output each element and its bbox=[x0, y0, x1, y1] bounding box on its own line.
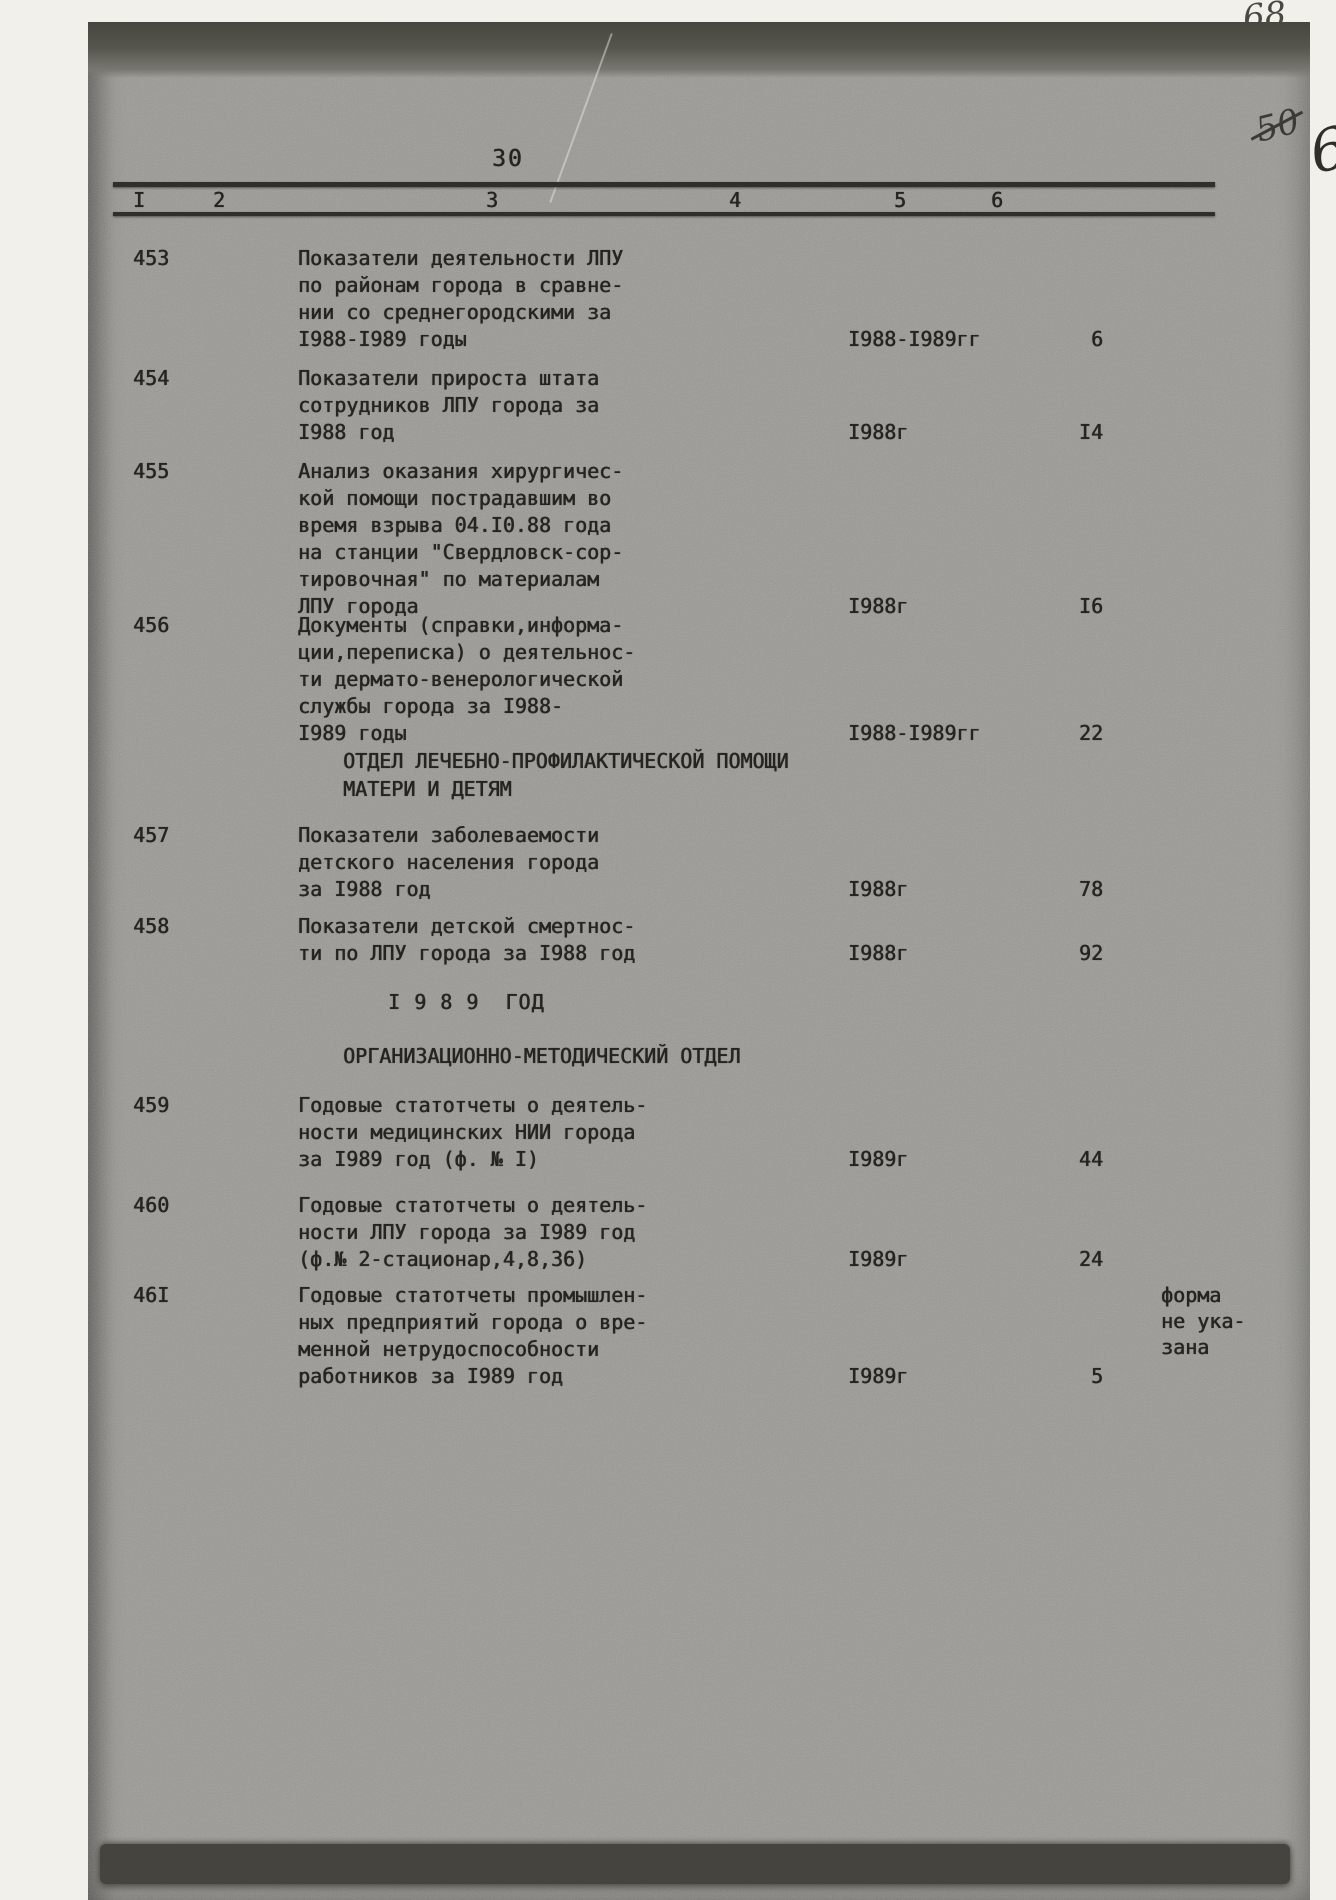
table-row: 454Показатели прироста штата сотрудников… bbox=[88, 365, 1310, 446]
table-row: 460Годовые статотчеты о деятель- ности Л… bbox=[88, 1192, 1310, 1273]
section-heading: ОРГАНИЗАЦИОННО-МЕТОДИЧЕСКИЙ ОТДЕЛ bbox=[88, 1042, 1310, 1070]
entry-number: 460 bbox=[133, 1192, 298, 1219]
entry-note: форма не ука- зана bbox=[1161, 1282, 1310, 1360]
entry-description: Показатели детской смертнос- ти по ЛПУ г… bbox=[298, 913, 848, 967]
entry-sheet-count: 44 bbox=[1076, 1146, 1161, 1173]
entry-sheet-count: 24 bbox=[1076, 1246, 1161, 1273]
entry-description: Показатели деятельности ЛПУ по районам г… bbox=[298, 245, 848, 353]
entry-number: 457 bbox=[133, 822, 298, 849]
column-header-2: 2 bbox=[213, 188, 225, 212]
entry-dates: I988-I989гг bbox=[848, 326, 1076, 353]
scan-top-shadow-band bbox=[88, 22, 1310, 78]
entry-number: 456 bbox=[133, 612, 298, 639]
entry-description: Годовые статотчеты промышлен- ных предпр… bbox=[298, 1282, 848, 1390]
screenshot: 68 50 67 30 I 2 3 4 5 6 453Показатели де… bbox=[0, 0, 1336, 1900]
entry-number: 455 bbox=[133, 458, 298, 485]
page-number: 30 bbox=[492, 146, 524, 172]
column-header-3: 3 bbox=[486, 188, 498, 212]
entry-dates: I988г bbox=[848, 940, 1076, 967]
table-row: 455Анализ оказания хирургичес- кой помощ… bbox=[88, 458, 1310, 620]
column-header-5: 5 bbox=[894, 188, 906, 212]
entry-sheet-count: 5 bbox=[1076, 1363, 1161, 1390]
handwritten-folio-number: 67 bbox=[1304, 105, 1336, 187]
table-row: 453Показатели деятельности ЛПУ по района… bbox=[88, 245, 1310, 353]
entry-dates: I988-I989гг bbox=[848, 720, 1076, 747]
entry-description: Годовые статотчеты о деятель- ности меди… bbox=[298, 1092, 848, 1173]
entry-dates: I989г bbox=[848, 1246, 1076, 1273]
entry-sheet-count: I4 bbox=[1076, 419, 1161, 446]
column-header-6: 6 bbox=[991, 188, 1003, 212]
entry-description: Анализ оказания хирургичес- кой помощи п… bbox=[298, 458, 848, 620]
entry-number: 453 bbox=[133, 245, 298, 272]
entry-number: 458 bbox=[133, 913, 298, 940]
entry-sheet-count: 92 bbox=[1076, 940, 1161, 967]
table-row: 457Показатели заболеваемости детского на… bbox=[88, 822, 1310, 903]
document-page: 50 67 30 I 2 3 4 5 6 453Показатели деяте… bbox=[88, 22, 1310, 1900]
entry-description: Документы (справки,информа- ции,переписк… bbox=[298, 612, 848, 747]
table-header-top-rule bbox=[113, 182, 1215, 187]
section-heading: I 9 8 9 ГОД bbox=[88, 988, 1310, 1016]
column-header-4: 4 bbox=[729, 188, 741, 212]
table-row: 458Показатели детской смертнос- ти по ЛП… bbox=[88, 913, 1310, 967]
entry-dates: I989г bbox=[848, 1146, 1076, 1173]
scan-bottom-shadow-band bbox=[100, 1844, 1290, 1884]
entry-dates: I988г bbox=[848, 419, 1076, 446]
table-row: 46IГодовые статотчеты промышлен- ных пре… bbox=[88, 1282, 1310, 1390]
entry-sheet-count: 22 bbox=[1076, 720, 1161, 747]
entry-number: 459 bbox=[133, 1092, 298, 1119]
entry-description: Показатели заболеваемости детского насел… bbox=[298, 822, 848, 903]
entry-dates: I988г bbox=[848, 876, 1076, 903]
entry-description: Годовые статотчеты о деятель- ности ЛПУ … bbox=[298, 1192, 848, 1273]
entry-sheet-count: 6 bbox=[1076, 326, 1161, 353]
entry-sheet-count: 78 bbox=[1076, 876, 1161, 903]
entry-number: 454 bbox=[133, 365, 298, 392]
entry-number: 46I bbox=[133, 1282, 298, 1309]
section-heading: ОТДЕЛ ЛЕЧЕБНО-ПРОФИЛАКТИЧЕСКОЙ ПОМОЩИ МА… bbox=[88, 747, 1310, 803]
table-header-bottom-rule bbox=[113, 212, 1215, 216]
entry-dates: I989г bbox=[848, 1363, 1076, 1390]
handwritten-crossed-out-number: 50 bbox=[1252, 101, 1304, 150]
table-row: 456Документы (справки,информа- ции,переп… bbox=[88, 612, 1310, 747]
entry-description: Показатели прироста штата сотрудников ЛП… bbox=[298, 365, 848, 446]
table-row: 459Годовые статотчеты о деятель- ности м… bbox=[88, 1092, 1310, 1173]
column-header-1: I bbox=[133, 188, 145, 212]
